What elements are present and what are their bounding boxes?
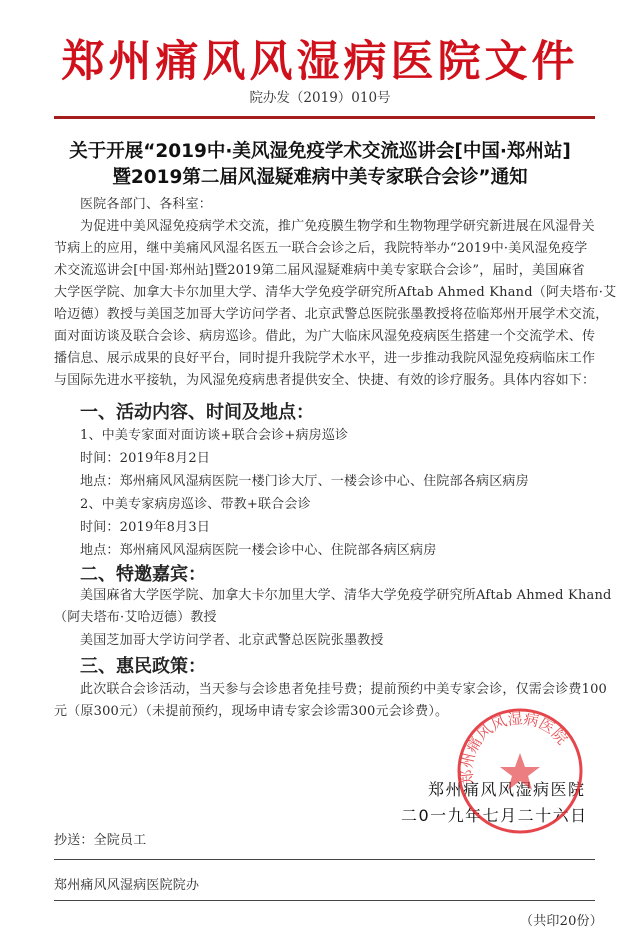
document-number: 院办发（2019）010号 xyxy=(0,86,640,106)
document-header-title: 郑州痛风风湿病医院文件 xyxy=(0,28,640,89)
section-line: 2、中美专家病房巡诊、带教+联合会诊 xyxy=(80,493,311,512)
section-line: 元（原300元）（未提前预约，现场申请专家会诊需300元会诊费）。 xyxy=(54,700,448,719)
salutation: 医院各部门、各科室： xyxy=(80,193,212,212)
intro-line: 节病上的应用，继中美痛风风湿名医五一联合会诊之后，我院特举办“2019中·美风湿… xyxy=(54,237,587,256)
notice-title-line-1: 关于开展“2019中·美风湿免疫学术交流巡讲会[中国·郑州站] xyxy=(0,137,640,163)
cc-recipients: 抄送：全院员工 xyxy=(54,829,146,848)
intro-line: 大学医学院、加拿大卡尔加里大学、清华大学免疫学研究所Aftab Ahmed Kh… xyxy=(54,281,616,300)
header-red-divider xyxy=(54,116,595,119)
section-heading-activities: 一、活动内容、时间及地点： xyxy=(80,398,314,424)
section-heading-guests: 二、特邀嘉宾： xyxy=(80,560,206,586)
intro-line: 面对面访谈及联合会诊、病房巡诊。借此，为广大临床风湿免疫病医生搭建一个交流学术、… xyxy=(54,325,595,344)
section-line: 时间：2019年8月2日 xyxy=(80,447,210,466)
intro-line: 与国际先进水平接轨，为风湿免疫病患者提供安全、快捷、有效的诊疗服务。具体内容如下… xyxy=(54,369,595,388)
svg-text:郑州痛风风湿病医院: 郑州痛风风湿病医院 xyxy=(458,709,572,785)
section-line: 此次联合会诊活动，当天参与会诊患者免挂号费；提前预约中美专家会诊，仅需会诊费10… xyxy=(80,678,607,697)
notice-title-line-2: 暨2019第二届风湿疑难病中美专家联合会诊”通知 xyxy=(0,163,640,189)
section-line: 时间：2019年8月3日 xyxy=(80,516,210,535)
print-copies-count: （共印20份） xyxy=(520,910,603,929)
section-line: 地点：郑州痛风风湿病医院一楼门诊大厅、一楼会诊中心、住院部各病区病房 xyxy=(80,470,529,489)
issuing-office: 郑州痛风风湿病医院院办 xyxy=(54,874,199,893)
signature-organization: 郑州痛风风湿病医院 xyxy=(428,777,586,800)
signature-date: 二0一九年七月二十六日 xyxy=(401,803,588,826)
section-line: 美国芝加哥大学访问学者、北京武警总医院张墨教授 xyxy=(80,629,384,648)
section-line: 美国麻省大学医学院、加拿大卡尔加里大学、清华大学免疫学研究所Aftab Ahme… xyxy=(80,584,612,603)
intro-line: 播信息、展示成果的良好平台，同时提升我院学术水平，进一步推动我院风湿免疫病临床工… xyxy=(54,347,595,366)
intro-line: 术交流巡讲会[中国·郑州站]暨2019第二届风湿疑难病中美专家联合会诊”，届时，… xyxy=(54,259,585,278)
seal-text: 郑州痛风风湿病医院 xyxy=(458,709,572,785)
section-line: 1、中美专家面对面访谈+联合会诊+病房巡诊 xyxy=(80,424,348,443)
intro-line: 为促进中美风湿免疫病学术交流，推广免疫膜生物学和生物物理学研究新进展在风湿骨关 xyxy=(80,215,595,234)
section-line: （阿夫塔布·艾哈迈德）教授 xyxy=(54,606,217,625)
section-heading-policy: 三、惠民政策： xyxy=(80,652,206,678)
intro-line: 哈迈德）教授与美国芝加哥大学访问学者、北京武警总医院张墨教授将莅临郑州开展学术交… xyxy=(54,303,608,322)
footer-divider-bottom xyxy=(54,900,595,901)
footer-divider-top xyxy=(54,859,595,860)
section-line: 地点：郑州痛风风湿病医院一楼会诊中心、住院部各病区病房 xyxy=(80,539,436,558)
